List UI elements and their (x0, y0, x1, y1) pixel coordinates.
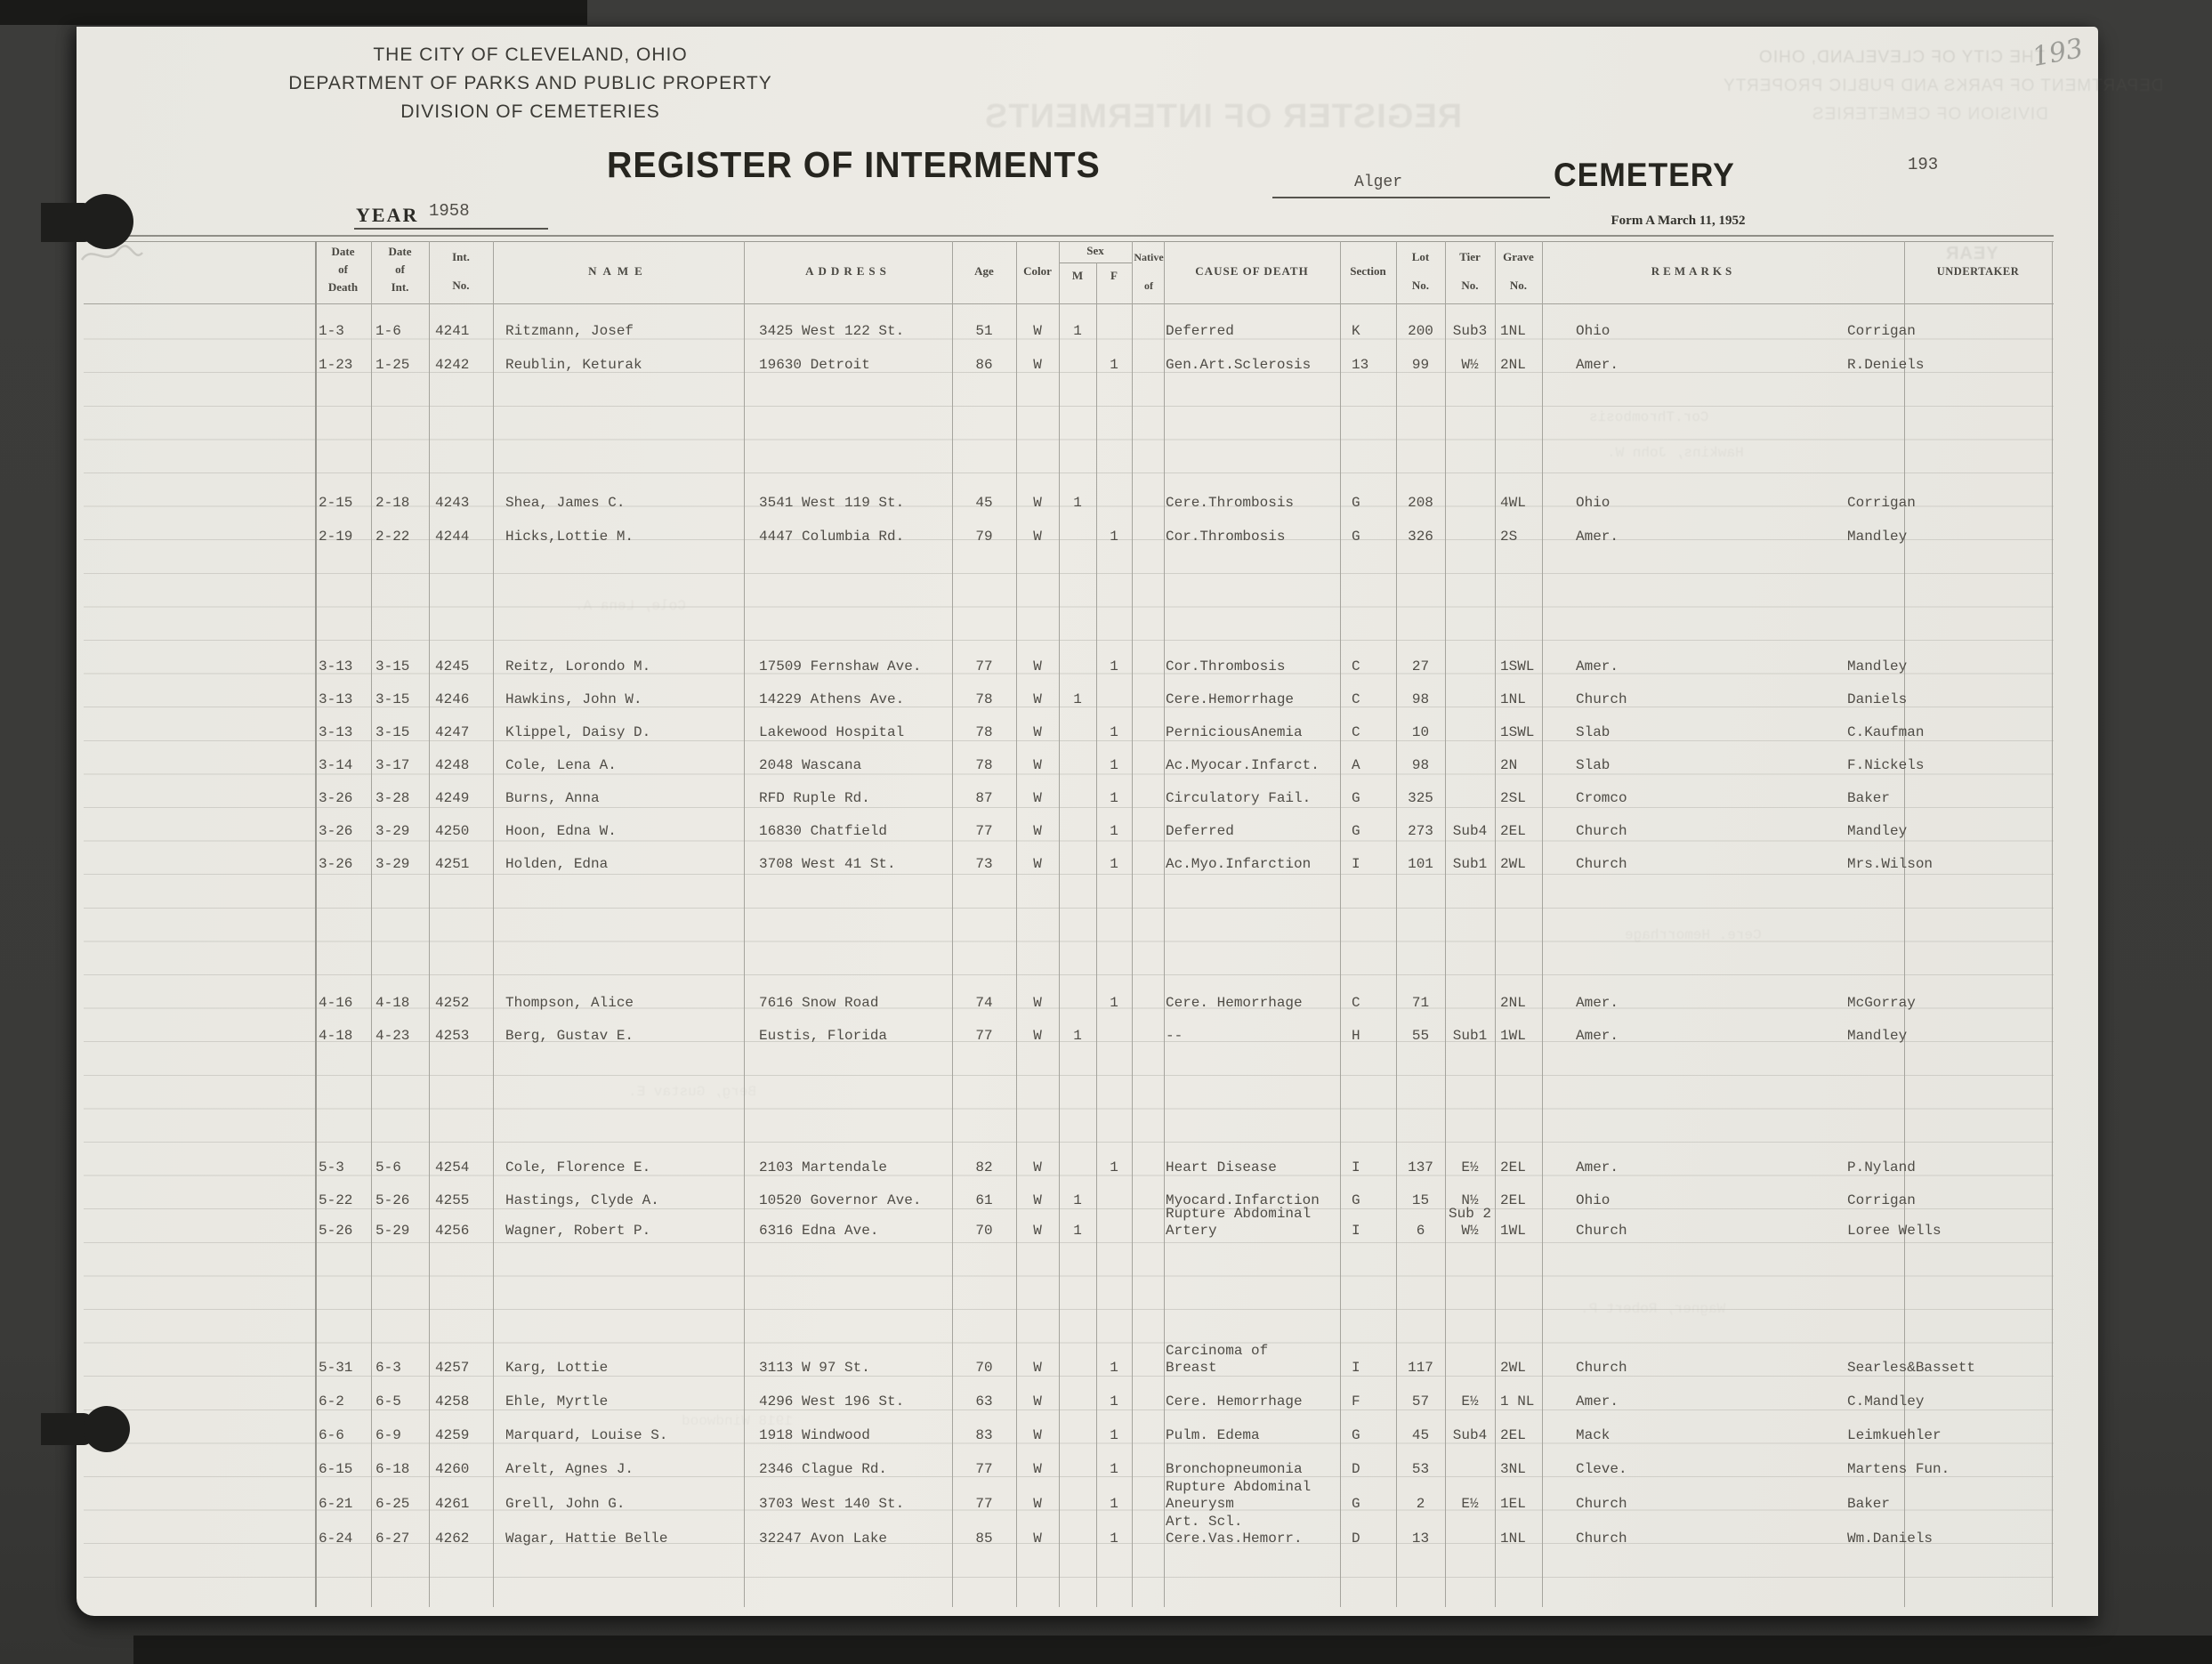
column-divider (1495, 241, 1496, 1607)
cell-doi: 5-6 (375, 1159, 429, 1176)
cell-color: W (1016, 1223, 1059, 1240)
cell-lot: 10 (1396, 724, 1445, 741)
cell-doi: 3-15 (375, 724, 429, 741)
cell-dod: 6-24 (319, 1531, 371, 1547)
cell-age: 77 (952, 1496, 1016, 1513)
cell-grave: 1EL (1500, 1496, 1542, 1513)
cell-dod: 3-26 (319, 790, 371, 807)
cell-remarks: Church (1576, 1496, 1845, 1513)
bleedthrough-ghost-text: Hawkins, John W. (1607, 445, 1744, 462)
cell-int_no: 4250 (435, 823, 493, 840)
cell-grave: 2EL (1500, 1192, 1542, 1209)
cell-cause: Bronchopneumonia (1166, 1461, 1340, 1478)
cell-grave: 2EL (1500, 823, 1542, 840)
cell-cause: Cere.Vas.Hemorr. (1166, 1531, 1340, 1547)
cell-address: 3708 West 41 St. (759, 856, 952, 873)
cell-age: 63 (952, 1393, 1016, 1410)
cell-undertaker: Wm.Daniels (1847, 1531, 2114, 1547)
cell-lot: 53 (1396, 1461, 1445, 1478)
cell-f: 1 (1096, 1496, 1132, 1513)
cell-remarks: Church (1576, 1360, 1845, 1377)
column-divider (493, 241, 494, 1607)
cell-age: 82 (952, 1159, 1016, 1176)
cell-address: 17509 Fernshaw Ave. (759, 658, 952, 675)
year-value: 1958 (429, 203, 470, 220)
cell-undertaker: C.Mandley (1847, 1393, 2114, 1410)
cell-dod: 5-22 (319, 1192, 371, 1209)
cell-lot: 27 (1396, 658, 1445, 675)
cell-int_no: 4243 (435, 495, 493, 512)
register-paper: THE CITY OF CLEVELAND, OHIO DEPARTMENT O… (77, 27, 2098, 1616)
year-underline (354, 228, 548, 230)
cell-age: 78 (952, 757, 1016, 774)
cell-address: 10520 Governor Ave. (759, 1192, 952, 1209)
cemetery-label: CEMETERY (1554, 157, 1735, 194)
cell-remarks: Amer. (1576, 529, 1845, 545)
cell-undertaker: Mandley (1847, 658, 2114, 675)
cell-dod: 5-31 (319, 1360, 371, 1377)
cell-int_no: 4249 (435, 790, 493, 807)
cell-remarks: Amer. (1576, 995, 1845, 1012)
column-divider (744, 241, 745, 1607)
cell-int_no: 4242 (435, 357, 493, 374)
cell-section: I (1352, 1360, 1396, 1377)
handwritten-page-number: 193 (2030, 33, 2086, 73)
cell-tier: Sub3 (1445, 323, 1495, 340)
cell-color: W (1016, 658, 1059, 675)
cell-f: 1 (1096, 1461, 1132, 1478)
cell-color: W (1016, 1192, 1059, 1209)
cell-name: Ehle, Myrtle (505, 1393, 744, 1410)
cell-grave: 2NL (1500, 357, 1542, 374)
cell-tier: E½ (1445, 1496, 1495, 1513)
cell-grave: 1NL (1500, 691, 1542, 708)
cell-name: Grell, John G. (505, 1496, 744, 1513)
cell-doi: 6-9 (375, 1427, 429, 1444)
column-divider (1132, 241, 1133, 1607)
cell-tier: E½ (1445, 1159, 1495, 1176)
cell-int_no: 4257 (435, 1360, 493, 1377)
cell-undertaker: Mrs.Wilson (1847, 856, 2114, 873)
cell-grave: 4WL (1500, 495, 1542, 512)
bleedthrough-ghost-text: DIVISION OF CEMETERIES (1812, 105, 2048, 125)
cell-color: W (1016, 323, 1059, 340)
cell-color: W (1016, 1393, 1059, 1410)
cell-int_no: 4261 (435, 1496, 493, 1513)
cell-lot: 15 (1396, 1192, 1445, 1209)
cell-undertaker: Leimkuehler (1847, 1427, 2114, 1444)
cell-address: 3541 West 119 St. (759, 495, 952, 512)
cell-grave: 1SWL (1500, 658, 1542, 675)
cell-lot: 99 (1396, 357, 1445, 374)
column-header-name: NAME (493, 263, 744, 279)
cell-undertaker: P.Nyland (1847, 1159, 2114, 1176)
cell-age: 77 (952, 823, 1016, 840)
cell-name: Wagner, Robert P. (505, 1223, 744, 1240)
column-header-dod: Date (315, 244, 371, 260)
cell-color: W (1016, 1427, 1059, 1444)
cell-cause: Artery (1166, 1223, 1340, 1240)
cell-color: W (1016, 529, 1059, 545)
cell-cause: Cor.Thrombosis (1166, 529, 1340, 545)
page-title: REGISTER OF INTERMENTS (607, 144, 1101, 186)
typed-page-number: 193 (1908, 157, 1938, 174)
cell-address: Lakewood Hospital (759, 724, 952, 741)
cell-remarks: Ohio (1576, 323, 1845, 340)
bleedthrough-ghost-text: Wagner, Robert P. (1580, 1301, 1725, 1318)
cell-color: W (1016, 1360, 1059, 1377)
cell-lot: 101 (1396, 856, 1445, 873)
cell-color: W (1016, 495, 1059, 512)
cell-m: 1 (1059, 1028, 1096, 1045)
cell-undertaker: Martens Fun. (1847, 1461, 2114, 1478)
cell-dod: 6-15 (319, 1461, 371, 1478)
column-header-lot: Lot (1396, 249, 1445, 265)
cell-grave: 2EL (1500, 1427, 1542, 1444)
sex-subheader-rule (1059, 263, 1132, 263)
cell-grave: 1WL (1500, 1223, 1542, 1240)
cell-doi: 6-18 (375, 1461, 429, 1478)
cell-section: G (1352, 790, 1396, 807)
cell-lot: 273 (1396, 823, 1445, 840)
cell-undertaker: Searles&Bassett (1847, 1360, 2114, 1377)
cell-name: Hoon, Edna W. (505, 823, 744, 840)
column-header-undertaker: UNDERTAKER (1904, 263, 2052, 279)
cell-remarks: Ohio (1576, 495, 1845, 512)
cell-int_no: 4248 (435, 757, 493, 774)
cell-section: I (1352, 856, 1396, 873)
cell-age: 51 (952, 323, 1016, 340)
bleedthrough-ghost-text: THE CITY OF CLEVELAND, OHIO (1758, 48, 2045, 68)
cell-color: W (1016, 995, 1059, 1012)
cell-color: W (1016, 1461, 1059, 1478)
cell-doi: 4-23 (375, 1028, 429, 1045)
column-header-dod: Death (315, 279, 371, 295)
cell-int_no: 4260 (435, 1461, 493, 1478)
cell-doi: 1-6 (375, 323, 429, 340)
column-header-tier: Tier (1445, 249, 1495, 265)
cell-undertaker: Corrigan (1847, 323, 2114, 340)
cell-doi: 2-18 (375, 495, 429, 512)
cell-address: 1918 Windwood (759, 1427, 952, 1444)
cell-dod: 2-19 (319, 529, 371, 545)
cell-lot: 208 (1396, 495, 1445, 512)
cell-cause: PerniciousAnemia (1166, 724, 1340, 741)
column-header-lot: No. (1396, 278, 1445, 294)
column-divider (429, 241, 430, 1607)
cell-grave: 2WL (1500, 856, 1542, 873)
column-header-sex-m: M (1059, 268, 1096, 284)
cell-age: 79 (952, 529, 1016, 545)
cell-tier: W½ (1445, 357, 1495, 374)
column-header-doi: Int. (371, 279, 429, 295)
cell-cause: Gen.Art.Sclerosis (1166, 357, 1340, 374)
cell-name: Ritzmann, Josef (505, 323, 744, 340)
cell-int_no: 4253 (435, 1028, 493, 1045)
column-header-doi: of (371, 262, 429, 278)
cell-name: Klippel, Daisy D. (505, 724, 744, 741)
column-header-age: Age (952, 263, 1016, 279)
cell-remarks: Church (1576, 856, 1845, 873)
cell-cause: Cere.Thrombosis (1166, 495, 1340, 512)
cell-remarks: Slab (1576, 757, 1845, 774)
cell-section: G (1352, 1427, 1396, 1444)
cell-section: K (1352, 323, 1396, 340)
column-header-doi: Date (371, 244, 429, 260)
cell-color: W (1016, 790, 1059, 807)
cell-age: 87 (952, 790, 1016, 807)
cell-address: 3703 West 140 St. (759, 1496, 952, 1513)
cell-undertaker: Corrigan (1847, 495, 2114, 512)
column-header-grave: No. (1495, 278, 1542, 294)
cell-remarks: Church (1576, 823, 1845, 840)
cell-name: Marquard, Louise S. (505, 1427, 744, 1444)
cell-section: I (1352, 1223, 1396, 1240)
cell-name: Hicks,Lottie M. (505, 529, 744, 545)
cell-age: 78 (952, 724, 1016, 741)
column-divider (1164, 241, 1165, 1607)
cell-section: F (1352, 1393, 1396, 1410)
table-top-rule-inner (84, 241, 2054, 242)
cell-age: 61 (952, 1192, 1016, 1209)
cell-int_no: 4241 (435, 323, 493, 340)
column-header-dod: of (315, 262, 371, 278)
bleedthrough-ghost-text: REGISTER OF INTERMENTS (984, 98, 1462, 136)
cell-cause: Aneurysm (1166, 1496, 1340, 1513)
cell-f: 1 (1096, 856, 1132, 873)
cell-name: Reublin, Keturak (505, 357, 744, 374)
cell-remarks: Amer. (1576, 1028, 1845, 1045)
cell-lot: 325 (1396, 790, 1445, 807)
cell-f: 1 (1096, 1531, 1132, 1547)
table-header-bottom-rule (84, 303, 2054, 304)
cell-section: G (1352, 495, 1396, 512)
cell-f: 1 (1096, 529, 1132, 545)
cell-remarks: Slab (1576, 724, 1845, 741)
cell-dod: 6-21 (319, 1496, 371, 1513)
bleedthrough-ghost-text: YEAR (1945, 244, 1998, 264)
cell-int_no: 4251 (435, 856, 493, 873)
cell-color: W (1016, 691, 1059, 708)
cell-section: G (1352, 1192, 1396, 1209)
cell-grave: 1 NL (1500, 1393, 1542, 1410)
cell-section: G (1352, 1496, 1396, 1513)
cell-undertaker: C.Kaufman (1847, 724, 2114, 741)
cell-tier: W½ (1445, 1223, 1495, 1240)
cell-lot: 326 (1396, 529, 1445, 545)
cell-dod: 1-23 (319, 357, 371, 374)
cell-lot: 117 (1396, 1360, 1445, 1377)
cell-grave: 1NL (1500, 1531, 1542, 1547)
cell-dod: 3-13 (319, 691, 371, 708)
cell-lot: 200 (1396, 323, 1445, 340)
cell-age: 77 (952, 658, 1016, 675)
cell-color: W (1016, 724, 1059, 741)
cell-remarks: Amer. (1576, 357, 1845, 374)
cell-cause: Cere.Hemorrhage (1166, 691, 1340, 708)
cell-remarks: Amer. (1576, 1159, 1845, 1176)
cell-age: 70 (952, 1223, 1016, 1240)
cell-int_no: 4252 (435, 995, 493, 1012)
org-name-line1: THE CITY OF CLEVELAND, OHIO (303, 44, 757, 66)
cell-grave: 3NL (1500, 1461, 1542, 1478)
cell-f: 1 (1096, 1159, 1132, 1176)
cell-age: 73 (952, 856, 1016, 873)
cell-m: 1 (1059, 495, 1096, 512)
scan-edge-bottom (133, 1636, 2212, 1664)
cell-doi: 1-25 (375, 357, 429, 374)
cell-cause: Carcinoma of (1166, 1343, 1340, 1360)
cell-cause: Ac.Myo.Infarction (1166, 856, 1340, 873)
cell-lot: 71 (1396, 995, 1445, 1012)
cell-section: C (1352, 691, 1396, 708)
cell-cause: Cor.Thrombosis (1166, 658, 1340, 675)
cell-int_no: 4262 (435, 1531, 493, 1547)
cell-grave: 1NL (1500, 323, 1542, 340)
cell-age: 85 (952, 1531, 1016, 1547)
cell-name: Hawkins, John W. (505, 691, 744, 708)
cell-color: W (1016, 856, 1059, 873)
cell-color: W (1016, 357, 1059, 374)
cell-section: H (1352, 1028, 1396, 1045)
cell-m: 1 (1059, 323, 1096, 340)
cell-doi: 3-29 (375, 856, 429, 873)
cell-address: 3113 W 97 St. (759, 1360, 952, 1377)
cell-name: Shea, James C. (505, 495, 744, 512)
cell-section: C (1352, 995, 1396, 1012)
cell-grave: 1WL (1500, 1028, 1542, 1045)
cell-section: A (1352, 757, 1396, 774)
cell-address: 19630 Detroit (759, 357, 952, 374)
cell-name: Arelt, Agnes J. (505, 1461, 744, 1478)
bleedthrough-ghost-text: Cere. Hemorrhage (1625, 927, 1762, 944)
cell-cause: Ac.Myocar.Infarct. (1166, 757, 1340, 774)
cell-undertaker: Baker (1847, 1496, 2114, 1513)
cell-color: W (1016, 823, 1059, 840)
cell-name: Burns, Anna (505, 790, 744, 807)
cell-age: 77 (952, 1028, 1016, 1045)
form-note: Form A March 11, 1952 (1589, 214, 1767, 229)
cell-undertaker: McGorray (1847, 995, 2114, 1012)
column-header-grave: Grave (1495, 249, 1542, 265)
column-divider (1340, 241, 1341, 1607)
cell-tier: Sub1 (1445, 856, 1495, 873)
cell-f: 1 (1096, 357, 1132, 374)
cell-f: 1 (1096, 1360, 1132, 1377)
cell-color: W (1016, 1531, 1059, 1547)
cell-address: 3425 West 122 St. (759, 323, 952, 340)
cell-tier: Sub1 (1445, 1028, 1495, 1045)
cell-doi: 3-17 (375, 757, 429, 774)
bleedthrough-ghost-text: Berg, Gustav E. (628, 1084, 756, 1101)
cell-m: 1 (1059, 1192, 1096, 1209)
cell-dod: 3-26 (319, 856, 371, 873)
cell-address: 4447 Columbia Rd. (759, 529, 952, 545)
cell-name: Cole, Florence E. (505, 1159, 744, 1176)
cell-section: G (1352, 823, 1396, 840)
cell-name: Reitz, Lorondo M. (505, 658, 744, 675)
column-header-native: of (1132, 278, 1166, 294)
cell-f: 1 (1096, 790, 1132, 807)
cell-remarks: Mack (1576, 1427, 1845, 1444)
cell-doi: 6-5 (375, 1393, 429, 1410)
cell-age: 45 (952, 495, 1016, 512)
cell-dod: 1-3 (319, 323, 371, 340)
column-divider (371, 241, 372, 1607)
cell-age: 77 (952, 1461, 1016, 1478)
cell-remarks: Cleve. (1576, 1461, 1845, 1478)
column-header-sex-f: F (1096, 268, 1132, 284)
cell-dod: 4-18 (319, 1028, 371, 1045)
scanned-register-page: THE CITY OF CLEVELAND, OHIO DEPARTMENT O… (0, 0, 2212, 1664)
cell-name: Thompson, Alice (505, 995, 744, 1012)
cell-name: Berg, Gustav E. (505, 1028, 744, 1045)
column-header-color: Color (1016, 263, 1059, 279)
cell-color: W (1016, 1028, 1059, 1045)
cell-remarks: Church (1576, 1531, 1845, 1547)
column-header-remarks: REMARKS (1542, 263, 1845, 279)
year-label: YEAR (356, 204, 418, 227)
cell-cause: Pulm. Edema (1166, 1427, 1340, 1444)
cell-int_no: 4259 (435, 1427, 493, 1444)
cell-cause: -- (1166, 1028, 1340, 1045)
cell-f: 1 (1096, 724, 1132, 741)
column-header-address: ADDRESS (744, 263, 952, 279)
cell-section: C (1352, 724, 1396, 741)
cell-f: 1 (1096, 658, 1132, 675)
table-top-rule-outer (84, 235, 2054, 237)
cell-cause: Heart Disease (1166, 1159, 1340, 1176)
cell-tier: Sub 2 (1445, 1206, 1495, 1223)
cell-section: I (1352, 1159, 1396, 1176)
cell-dod: 3-13 (319, 724, 371, 741)
cemetery-name-value: Alger (1354, 174, 1402, 191)
cell-cause: Breast (1166, 1360, 1340, 1377)
cell-grave: 1SWL (1500, 724, 1542, 741)
cell-age: 86 (952, 357, 1016, 374)
cell-grave: 2EL (1500, 1159, 1542, 1176)
cell-address: 16830 Chatfield (759, 823, 952, 840)
cell-section: 13 (1352, 357, 1396, 374)
cell-int_no: 4244 (435, 529, 493, 545)
cell-age: 83 (952, 1427, 1016, 1444)
cell-section: C (1352, 658, 1396, 675)
cell-dod: 5-26 (319, 1223, 371, 1240)
cell-doi: 3-28 (375, 790, 429, 807)
org-name-line2: DEPARTMENT OF PARKS AND PUBLIC PROPERTY (241, 73, 819, 94)
cell-undertaker: Baker (1847, 790, 2114, 807)
cell-color: W (1016, 1159, 1059, 1176)
cell-doi: 3-15 (375, 658, 429, 675)
cell-name: Cole, Lena A. (505, 757, 744, 774)
cell-address: 14229 Athens Ave. (759, 691, 952, 708)
cell-cause: Art. Scl. (1166, 1514, 1340, 1531)
column-header-int_no: Int. (429, 249, 493, 265)
cell-address: Eustis, Florida (759, 1028, 952, 1045)
cell-undertaker: Corrigan (1847, 1192, 2114, 1209)
cell-lot: 98 (1396, 757, 1445, 774)
cell-undertaker: Daniels (1847, 691, 2114, 708)
cell-cause: Rupture Abdominal (1166, 1479, 1340, 1496)
cell-int_no: 4247 (435, 724, 493, 741)
cell-undertaker: Mandley (1847, 823, 2114, 840)
cell-address: 32247 Avon Lake (759, 1531, 952, 1547)
cell-grave: 2SL (1500, 790, 1542, 807)
cell-dod: 6-6 (319, 1427, 371, 1444)
org-name-line3: DIVISION OF CEMETERIES (303, 101, 757, 123)
cell-cause: Rupture Abdominal (1166, 1206, 1340, 1223)
cell-int_no: 4246 (435, 691, 493, 708)
